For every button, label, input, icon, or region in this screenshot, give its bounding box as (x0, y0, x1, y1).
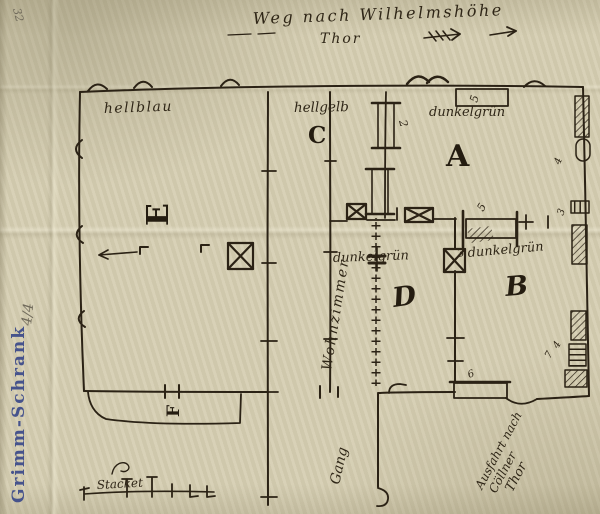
small-stairs-icon (571, 201, 589, 213)
feathered-arrow-icon (424, 29, 460, 41)
crossed-box-icon (405, 208, 433, 222)
route-annotation: Weg nach Wilhelmshöhe (252, 0, 504, 28)
hatched-wall-segment (575, 96, 589, 137)
digit-wall-right-top: 3 (555, 207, 568, 217)
room-a-color-note: dunkelgrün (429, 105, 505, 120)
stove-niche (456, 89, 508, 106)
scanned-page: Weg nach Wilhelmshöhe Thor hellblau hell… (0, 0, 600, 514)
room-b-color-note: dunkelgrün (467, 239, 544, 261)
digit-wall-right-mid: 4 (551, 339, 564, 351)
room-c-letter: C (308, 122, 326, 149)
floor-plan-drawing: Weg nach Wilhelmshöhe Thor hellblau hell… (0, 0, 600, 514)
annex-letter: F (164, 405, 184, 417)
window-icon (569, 344, 586, 366)
room-b-letter: B (503, 270, 529, 303)
digit-stair-b-lower: 6 (466, 368, 476, 381)
hatched-wall-segment (572, 225, 587, 264)
hatched-wall-segment (565, 370, 587, 387)
left-room-marks (99, 245, 209, 259)
digit-stair-c: 2 (396, 117, 411, 128)
flourish (112, 463, 129, 474)
archive-stamp: Grimm-Schrank (9, 325, 29, 503)
digit-niche-a: 5 (467, 94, 481, 104)
arrow-icon (490, 27, 516, 36)
wall-niche (576, 139, 590, 161)
corner-page-mark: 32 (10, 7, 26, 24)
digit-wall-right-low: 7 (543, 349, 556, 361)
crossed-box-icon (347, 204, 366, 219)
room-c-color-note: hellgelb (294, 99, 349, 116)
hatched-wall-segment (571, 311, 586, 340)
crossed-box-icon (228, 243, 253, 269)
corridor-annotation: Gang (327, 446, 351, 486)
digit-stair-b: 5 (474, 201, 489, 214)
stairs-icon-b-lower (450, 382, 510, 398)
interior-walls (268, 92, 456, 505)
direction-arrow-icons (228, 27, 516, 41)
stairs-icon-c-lower (366, 169, 394, 214)
exit-annotation: Ausfahrt nach Cöllner Thor (472, 409, 551, 506)
room-a-letter: A (445, 139, 470, 174)
room-left-letter: E (141, 203, 176, 226)
fence-annotation: Stacket (96, 476, 143, 492)
corridor-room-annotation: Wohnzimmer (319, 257, 353, 371)
digit-wall-right-upper: 4 (552, 156, 565, 167)
cross-boundary-line (369, 218, 385, 386)
gate-annotation: Thor (320, 31, 361, 47)
room-d-letter: D (390, 280, 419, 314)
dash-line (228, 33, 275, 35)
room-left-color-note: hellblau (104, 99, 174, 117)
shelfmark-number: 4/4 (19, 302, 37, 327)
right-wall-features (565, 96, 590, 387)
